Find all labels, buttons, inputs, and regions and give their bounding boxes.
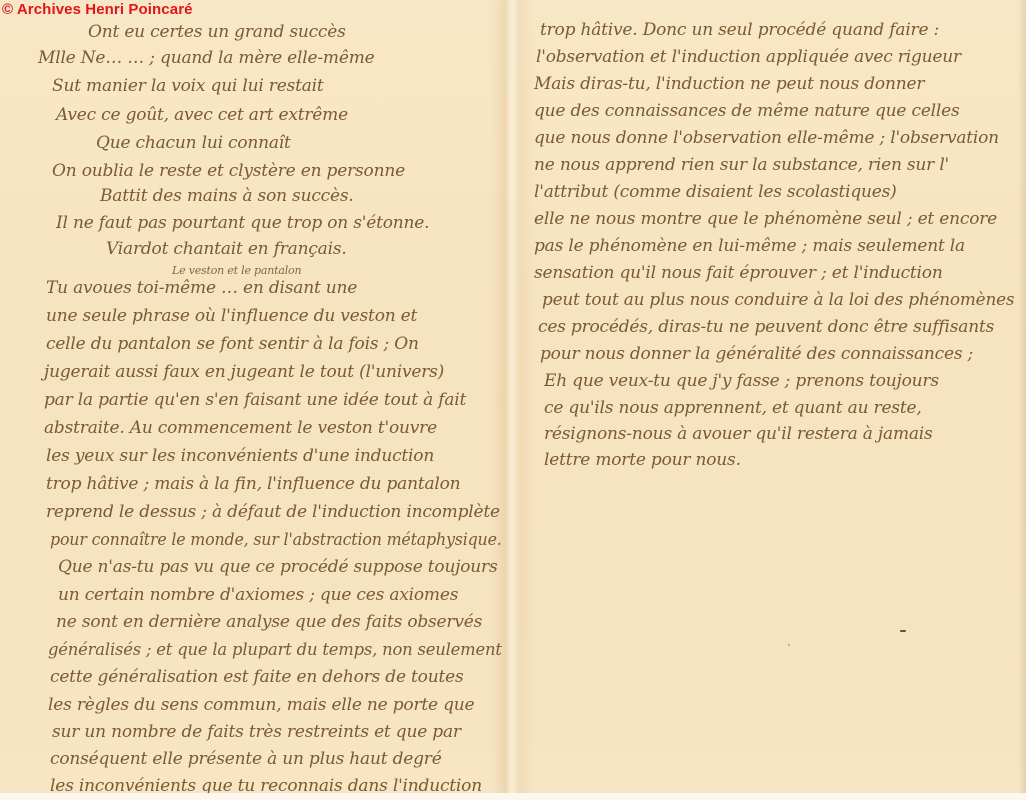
manuscript-line: résignons-nous à avouer qu'il restera à … bbox=[544, 424, 933, 444]
manuscript-line: que des connaissances de même nature que… bbox=[534, 101, 960, 121]
scanned-manuscript: Ont eu certes un grand succès Mlle Ne… …… bbox=[0, 0, 1026, 793]
manuscript-line: abstraite. Au commencement le veston t'o… bbox=[44, 418, 437, 438]
manuscript-line: que nous donne l'observation elle-même ;… bbox=[534, 128, 999, 148]
manuscript-line: par la partie qu'en s'en faisant une idé… bbox=[44, 390, 466, 410]
manuscript-line: trop hâtive. Donc un seul procédé quand … bbox=[540, 20, 939, 40]
paper-speck bbox=[900, 630, 906, 632]
manuscript-interlinear-note: Le veston et le pantalon bbox=[172, 264, 301, 277]
manuscript-line: Eh que veux-tu que j'y fasse ; prenons t… bbox=[544, 371, 939, 391]
manuscript-line: trop hâtive ; mais à la fin, l'influence… bbox=[46, 474, 460, 494]
copyright-watermark: © Archives Henri Poincaré bbox=[2, 1, 193, 19]
manuscript-line: Sut manier la voix qui lui restait bbox=[52, 76, 324, 96]
manuscript-line: jugerait aussi faux en jugeant le tout (… bbox=[44, 362, 444, 382]
manuscript-line: ce qu'ils nous apprennent, et quant au r… bbox=[544, 398, 922, 418]
manuscript-line: lettre morte pour nous. bbox=[544, 450, 741, 470]
manuscript-line: l'observation et l'induction appliquée a… bbox=[536, 47, 961, 67]
manuscript-line: les yeux sur les inconvénients d'une ind… bbox=[46, 446, 434, 466]
manuscript-line: ne nous apprend rien sur la substance, r… bbox=[534, 155, 949, 175]
manuscript-line: ces procédés, diras-tu ne peuvent donc ê… bbox=[538, 317, 994, 337]
manuscript-line: pour connaître le monde, sur l'abstracti… bbox=[50, 530, 502, 550]
manuscript-line: elle ne nous montre que le phénomène seu… bbox=[534, 209, 997, 229]
manuscript-line: Viardot chantait en français. bbox=[106, 239, 347, 259]
manuscript-line: sensation qu'il nous fait éprouver ; et … bbox=[534, 263, 943, 283]
manuscript-line: une seule phrase où l'influence du vesto… bbox=[46, 306, 417, 326]
manuscript-line: reprend le dessus ; à défaut de l'induct… bbox=[46, 502, 500, 522]
scan-bottom-margin bbox=[0, 793, 1026, 800]
manuscript-line: Que chacun lui connaît bbox=[96, 133, 291, 153]
manuscript-line: peut tout au plus nous conduire à la loi… bbox=[542, 290, 1014, 310]
manuscript-line: celle du pantalon se font sentir à la fo… bbox=[46, 334, 419, 354]
manuscript-line: Ont eu certes un grand succès bbox=[88, 22, 346, 42]
manuscript-line: pour nous donner la généralité des conna… bbox=[540, 344, 973, 364]
manuscript-line: sur un nombre de faits très restreints e… bbox=[52, 722, 461, 742]
paper-speck bbox=[788, 644, 790, 646]
manuscript-line: conséquent elle présente à un plus haut … bbox=[50, 749, 442, 769]
manuscript-line: cette généralisation est faite en dehors… bbox=[50, 667, 463, 687]
manuscript-line: Mlle Ne… … ; quand la mère elle-même bbox=[38, 48, 374, 68]
manuscript-line: ne sont en dernière analyse que des fait… bbox=[56, 612, 482, 632]
manuscript-line: Tu avoues toi-même … en disant une bbox=[46, 278, 357, 298]
manuscript-line: Avec ce goût, avec cet art extrême bbox=[56, 105, 348, 125]
manuscript-line: pas le phénomène en lui-même ; mais seul… bbox=[534, 236, 965, 256]
manuscript-line: Il ne faut pas pourtant que trop on s'ét… bbox=[56, 213, 429, 233]
manuscript-line: l'attribut (comme disaient les scolastiq… bbox=[534, 182, 897, 202]
manuscript-line: Battit des mains à son succès. bbox=[100, 186, 354, 206]
manuscript-line: les règles du sens commun, mais elle ne … bbox=[48, 695, 474, 715]
manuscript-line: Mais diras-tu, l'induction ne peut nous … bbox=[534, 74, 924, 94]
manuscript-line: un certain nombre d'axiomes ; que ces ax… bbox=[58, 585, 458, 605]
manuscript-line: Que n'as-tu pas vu que ce procédé suppos… bbox=[58, 557, 498, 577]
manuscript-line: On oublia le reste et clystère en person… bbox=[52, 161, 405, 181]
manuscript-line: généralisés ; et que la plupart du temps… bbox=[48, 640, 502, 660]
